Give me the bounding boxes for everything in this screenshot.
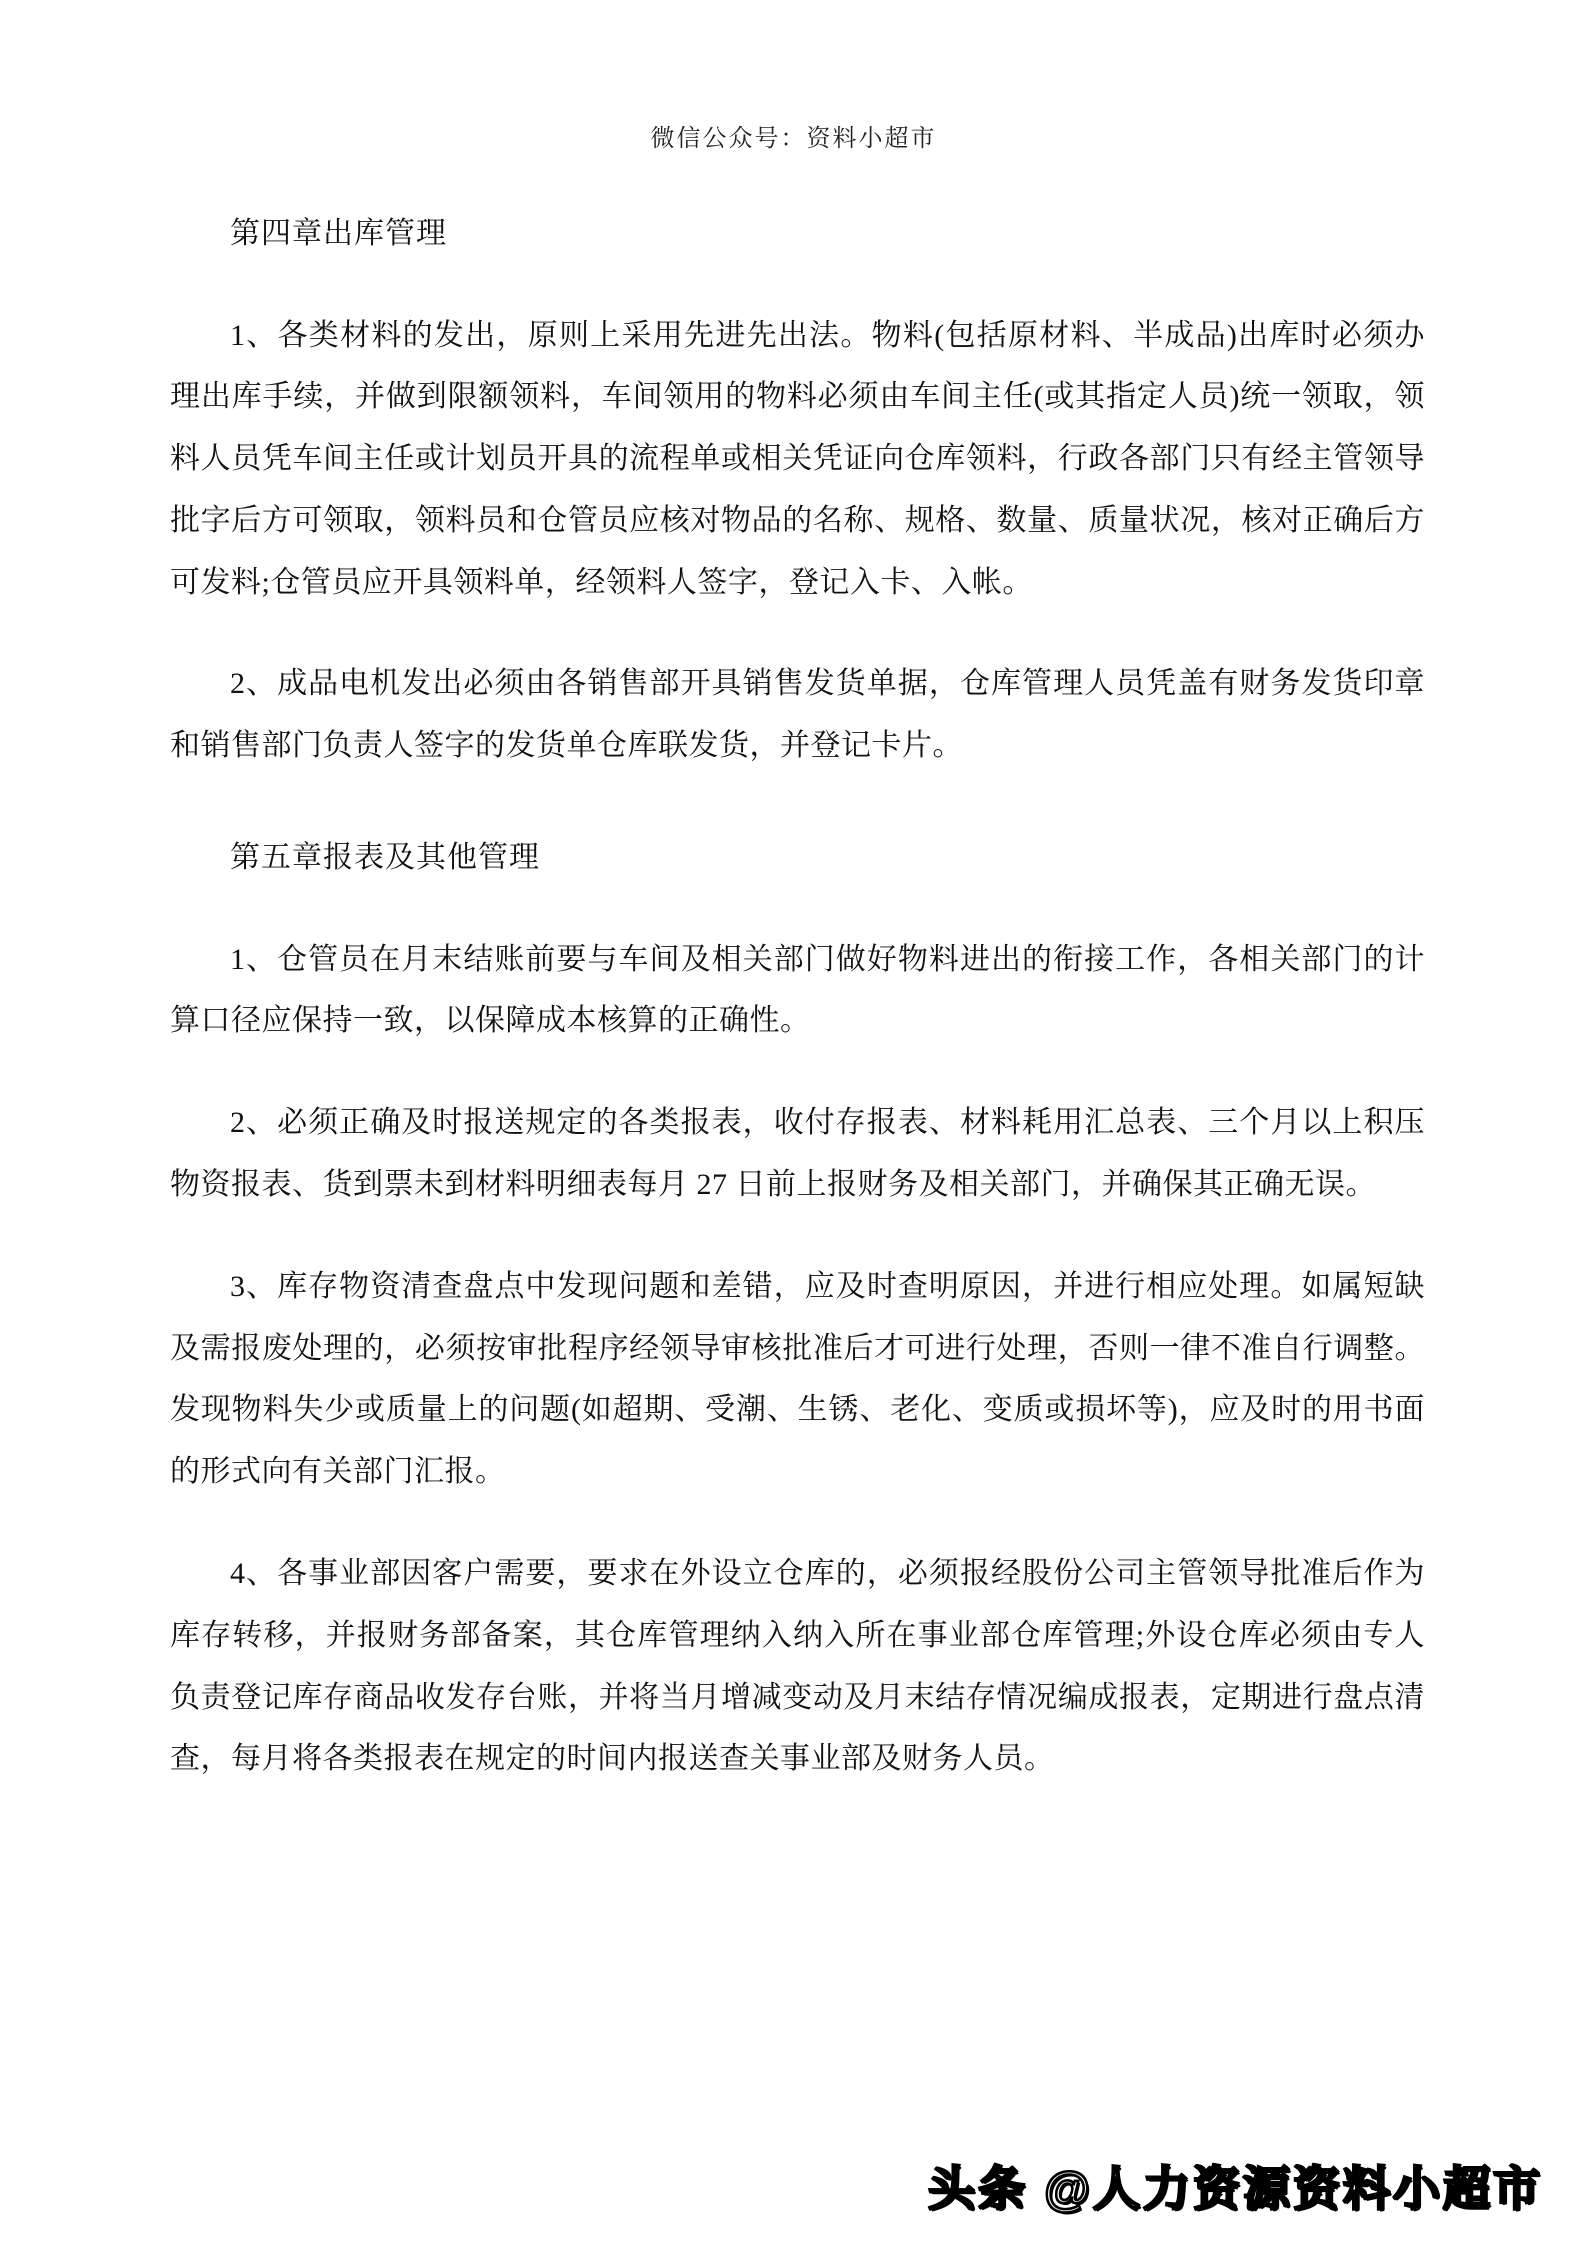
section-chapter-5: 第五章报表及其他管理 1、仓管员在月末结账前要与车间及相关部门做好物料进出的衔接… [170,827,1425,1790]
section-heading: 第四章出库管理 [170,203,1425,265]
paragraph: 1、仓管员在月末结账前要与车间及相关部门做好物料进出的衔接工作，各相关部门的计算… [170,929,1425,1053]
section-chapter-4: 第四章出库管理 1、各类材料的发出，原则上采用先进先出法。物料(包括原材料、半成… [170,203,1425,777]
page-header: 微信公众号：资料小超市 [0,0,1587,153]
document-content: 第四章出库管理 1、各类材料的发出，原则上采用先进先出法。物料(包括原材料、半成… [170,203,1425,1790]
paragraph: 2、成品电机发出必须由各销售部开具销售发货单据，仓库管理人员凭盖有财务发货印章和… [170,653,1425,777]
paragraph: 1、各类材料的发出，原则上采用先进先出法。物料(包括原材料、半成品)出库时必须办… [170,305,1425,614]
paragraph: 4、各事业部因客户需要，要求在外设立仓库的，必须报经股份公司主管领导批准后作为库… [170,1543,1425,1790]
watermark-text: 头条 @人力资源资料小超市 [928,2152,1543,2219]
paragraph: 3、库存物资清查盘点中发现问题和差错，应及时查明原因，并进行相应处理。如属短缺及… [170,1256,1425,1503]
document-page: 微信公众号：资料小超市 第四章出库管理 1、各类材料的发出，原则上采用先进先出法… [0,0,1587,2245]
paragraph: 2、必须正确及时报送规定的各类报表，收付存报表、材料耗用汇总表、三个月以上积压物… [170,1092,1425,1216]
section-heading: 第五章报表及其他管理 [170,827,1425,889]
